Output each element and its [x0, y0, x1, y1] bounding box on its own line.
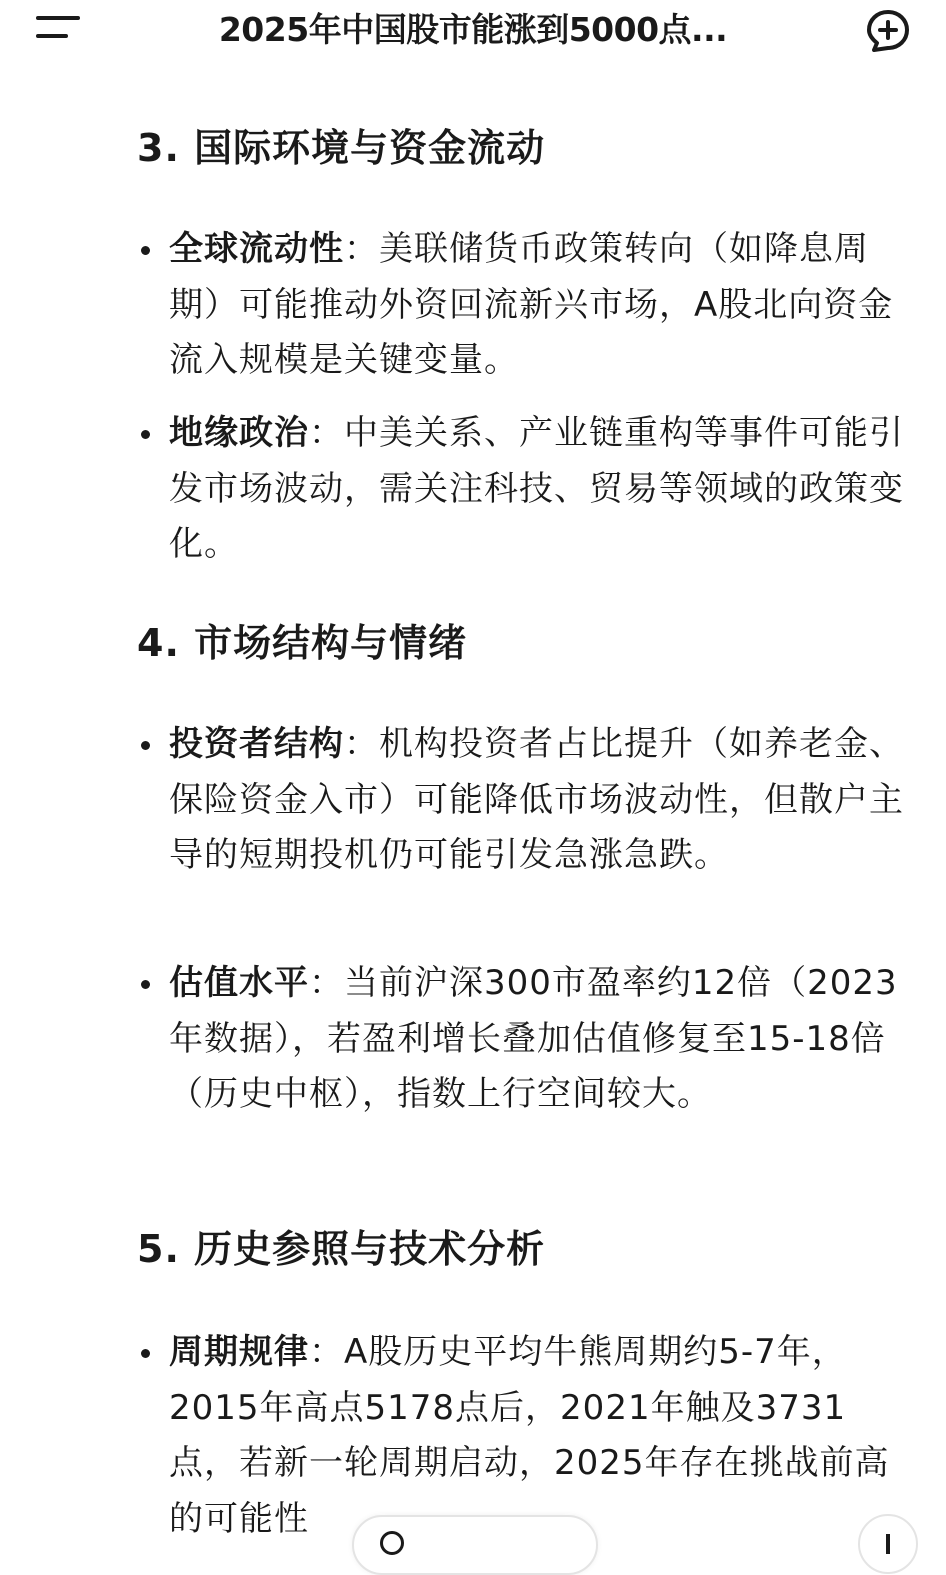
bullet-text: 全球流动性：美联储货币政策转向（如降息周期）可能推动外资回流新兴市场，A股北向资…	[169, 222, 909, 389]
bullet-dot	[141, 246, 150, 255]
bullet-text: 地缘政治：中美关系、产业链重构等事件可能引发市场波动，需关注科技、贸易等领域的政…	[169, 406, 909, 573]
chat-plus-icon	[862, 6, 914, 56]
bullet-term: 投资者结构	[169, 724, 344, 764]
menu-button[interactable]	[30, 12, 86, 48]
floating-pill-button[interactable]	[352, 1515, 598, 1537]
partially-hidden-icon	[380, 1531, 404, 1537]
new-chat-button[interactable]	[862, 6, 914, 56]
bullet-dot	[141, 980, 150, 989]
bullet-text: 估值水平：当前沪深300市盈率约12倍（2023年数据），若盈利增长叠加估值修复…	[169, 956, 909, 1123]
bullet-text: 周期规律：A股历史平均牛熊周期约5-7年，2015年高点5178点后，2021年…	[169, 1325, 909, 1537]
bullet-text: 投资者结构：机构投资者占比提升（如养老金、保险资金入市）可能降低市场波动性，但散…	[169, 717, 909, 884]
section-heading-3: 3. 国际环境与资金流动	[137, 122, 545, 174]
bullet-term: 周期规律	[169, 1332, 309, 1372]
bullet-dot	[141, 430, 150, 439]
bullet-item: 全球流动性：美联储货币政策转向（如降息周期）可能推动外资回流新兴市场，A股北向资…	[137, 222, 917, 389]
bullet-item: 地缘政治：中美关系、产业链重构等事件可能引发市场波动，需关注科技、贸易等领域的政…	[137, 406, 917, 573]
bullet-item: 周期规律：A股历史平均牛熊周期约5-7年，2015年高点5178点后，2021年…	[137, 1325, 917, 1537]
bullet-dot	[141, 741, 150, 750]
bullet-term: 估值水平	[169, 963, 309, 1003]
bullet-item: 估值水平：当前沪深300市盈率约12倍（2023年数据），若盈利增长叠加估值修复…	[137, 956, 917, 1123]
bullet-item: 投资者结构：机构投资者占比提升（如养老金、保险资金入市）可能降低市场波动性，但散…	[137, 717, 917, 884]
bullet-term: 地缘政治	[169, 413, 309, 453]
section-heading-4: 4. 市场结构与情绪	[137, 617, 467, 669]
bullet-term: 全球流动性	[169, 229, 344, 269]
bullet-dot	[141, 1349, 150, 1358]
top-bar: 2025年中国股市能涨到5000点...	[0, 0, 946, 62]
conversation-title: 2025年中国股市能涨到5000点...	[150, 8, 796, 52]
section-heading-5: 5. 历史参照与技术分析	[137, 1223, 545, 1275]
